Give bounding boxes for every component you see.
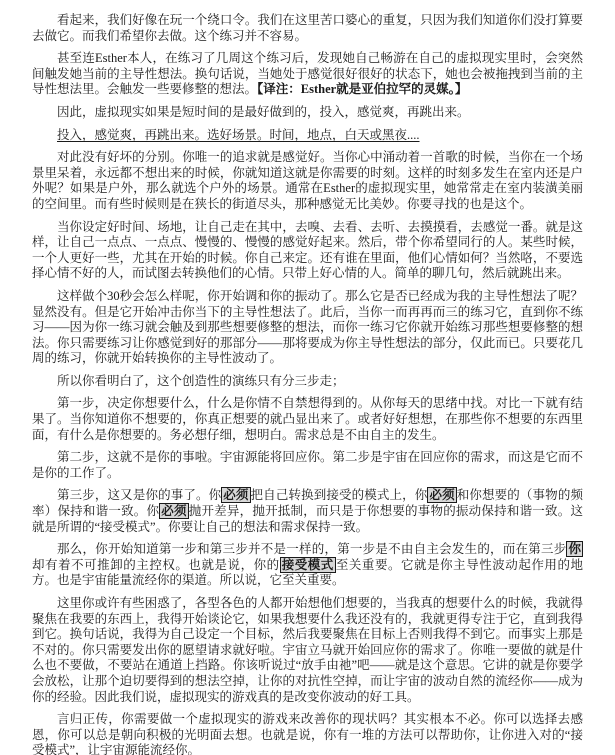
translator-note: 【译注：Esther就是亚伯拉罕的灵媒。】 (257, 82, 467, 96)
text-run: 那么，你开始知道第一步和第三步并不是一样的，第一步是不由自主会发生的，而在第三步 (57, 542, 566, 556)
highlighted-term: 必须 (427, 487, 456, 503)
text-run: 把自己转换到接受的模式上，你 (251, 488, 428, 502)
paragraph: 当你设定好时间、场地，让自己走在其中，去嗅、去看、去听、去摸摸看，去感觉一番。就… (32, 220, 583, 282)
paragraph: 第一步，决定你想要什么，什么是你情不自禁想得到的。从你每天的思绪中找。对比一下就… (32, 396, 583, 443)
text-run: 却有着不可推卸的主控权。也就是说，你的 (32, 558, 280, 572)
paragraph: 第二步，这就不是你的事啦。宇宙源能将回应你。第二步是宇宙在回应你的需求，而这是它… (32, 450, 583, 481)
paragraph: 第三步，这又是你的事了。你必须把自己转换到接受的模式上，你必须和你想要的（事物的… (32, 488, 583, 535)
paragraph: 这里你或许有些困惑了，各型各色的人都开始想他们想要的，当我真的想要什么的时候，我… (32, 596, 583, 705)
underlined-heading: 投入，感觉爽，再跳出来。选好场景。时间，地点，白天或黑夜.... (32, 128, 583, 144)
highlighted-term: 接受模式 (280, 557, 336, 573)
paragraph: 言归正传，你需要做一个虚拟现实的游戏来改善你的现状吗？其实根本不必。你可以选择去… (32, 712, 583, 755)
text-run: 第一步，决定你想要什么，什么是你情不自禁想得到的。从你每天的思绪中找。对比一下就… (32, 396, 583, 441)
text-run: 因此，虚拟现实如果是短时间的是最好做到的，投入，感觉爽，再跳出来。 (57, 105, 470, 119)
paragraph: 那么，你开始知道第一步和第三步并不是一样的，第一步是不由自主会发生的，而在第三步… (32, 542, 583, 589)
highlighted-term: 必须 (221, 487, 250, 503)
paragraph: 甚至连Esther本人，在练习了几周这个练习后，发现她自己畅游在自己的虚拟现实里… (32, 51, 583, 98)
text-run: 投入，感觉爽，再跳出来。选好场景。时间，地点，白天或黑夜.... (57, 128, 420, 142)
paragraph: 这样做个30秒会怎么样呢，你开始调和你的振动了。那么它是否已经成为我的主导性想法… (32, 289, 583, 367)
text-run: 对此没有好坏的分别。你唯一的追求就是感觉好。当你心中涌动着一首歌的时候，当你在一… (32, 150, 583, 211)
paragraph: 对此没有好坏的分别。你唯一的追求就是感觉好。当你心中涌动着一首歌的时候，当你在一… (32, 150, 583, 212)
document-page: 看起来，我们好像在玩一个绕口令。我们在这里苦口婆心的重复，只因为我们知道你们没打… (0, 0, 615, 755)
text-run: 第二步，这就不是你的事啦。宇宙源能将回应你。第二步是宇宙在回应你的需求，而这是它… (32, 450, 583, 480)
highlighted-term: 你 (566, 541, 583, 557)
document-body: 看起来，我们好像在玩一个绕口令。我们在这里苦口婆心的重复，只因为我们知道你们没打… (32, 13, 583, 755)
text-run: 这里你或许有些困惑了，各型各色的人都开始想他们想要的，当我真的想要什么的时候，我… (32, 596, 583, 704)
text-run: 这样做个30秒会怎么样呢，你开始调和你的振动了。那么它是否已经成为我的主导性想法… (32, 289, 583, 365)
text-run: 言归正传，你需要做一个虚拟现实的游戏来改善你的现状吗？其实根本不必。你可以选择去… (32, 712, 583, 755)
paragraph: 看起来，我们好像在玩一个绕口令。我们在这里苦口婆心的重复，只因为我们知道你们没打… (32, 13, 583, 44)
text-run: 第三步，这又是你的事了。你 (57, 488, 221, 502)
text-run: 看起来，我们好像在玩一个绕口令。我们在这里苦口婆心的重复，只因为我们知道你们没打… (32, 13, 583, 43)
paragraph: 因此，虚拟现实如果是短时间的是最好做到的，投入，感觉爽，再跳出来。 (32, 105, 583, 121)
highlighted-term: 必须 (159, 503, 188, 519)
text-run: 当你设定好时间、场地，让自己走在其中，去嗅、去看、去听、去摸摸看，去感觉一番。就… (32, 220, 583, 281)
paragraph: 所以你看明白了，这个创造性的演练只有分三步走； (32, 374, 583, 390)
text-run: 所以你看明白了，这个创造性的演练只有分三步走； (57, 374, 345, 388)
